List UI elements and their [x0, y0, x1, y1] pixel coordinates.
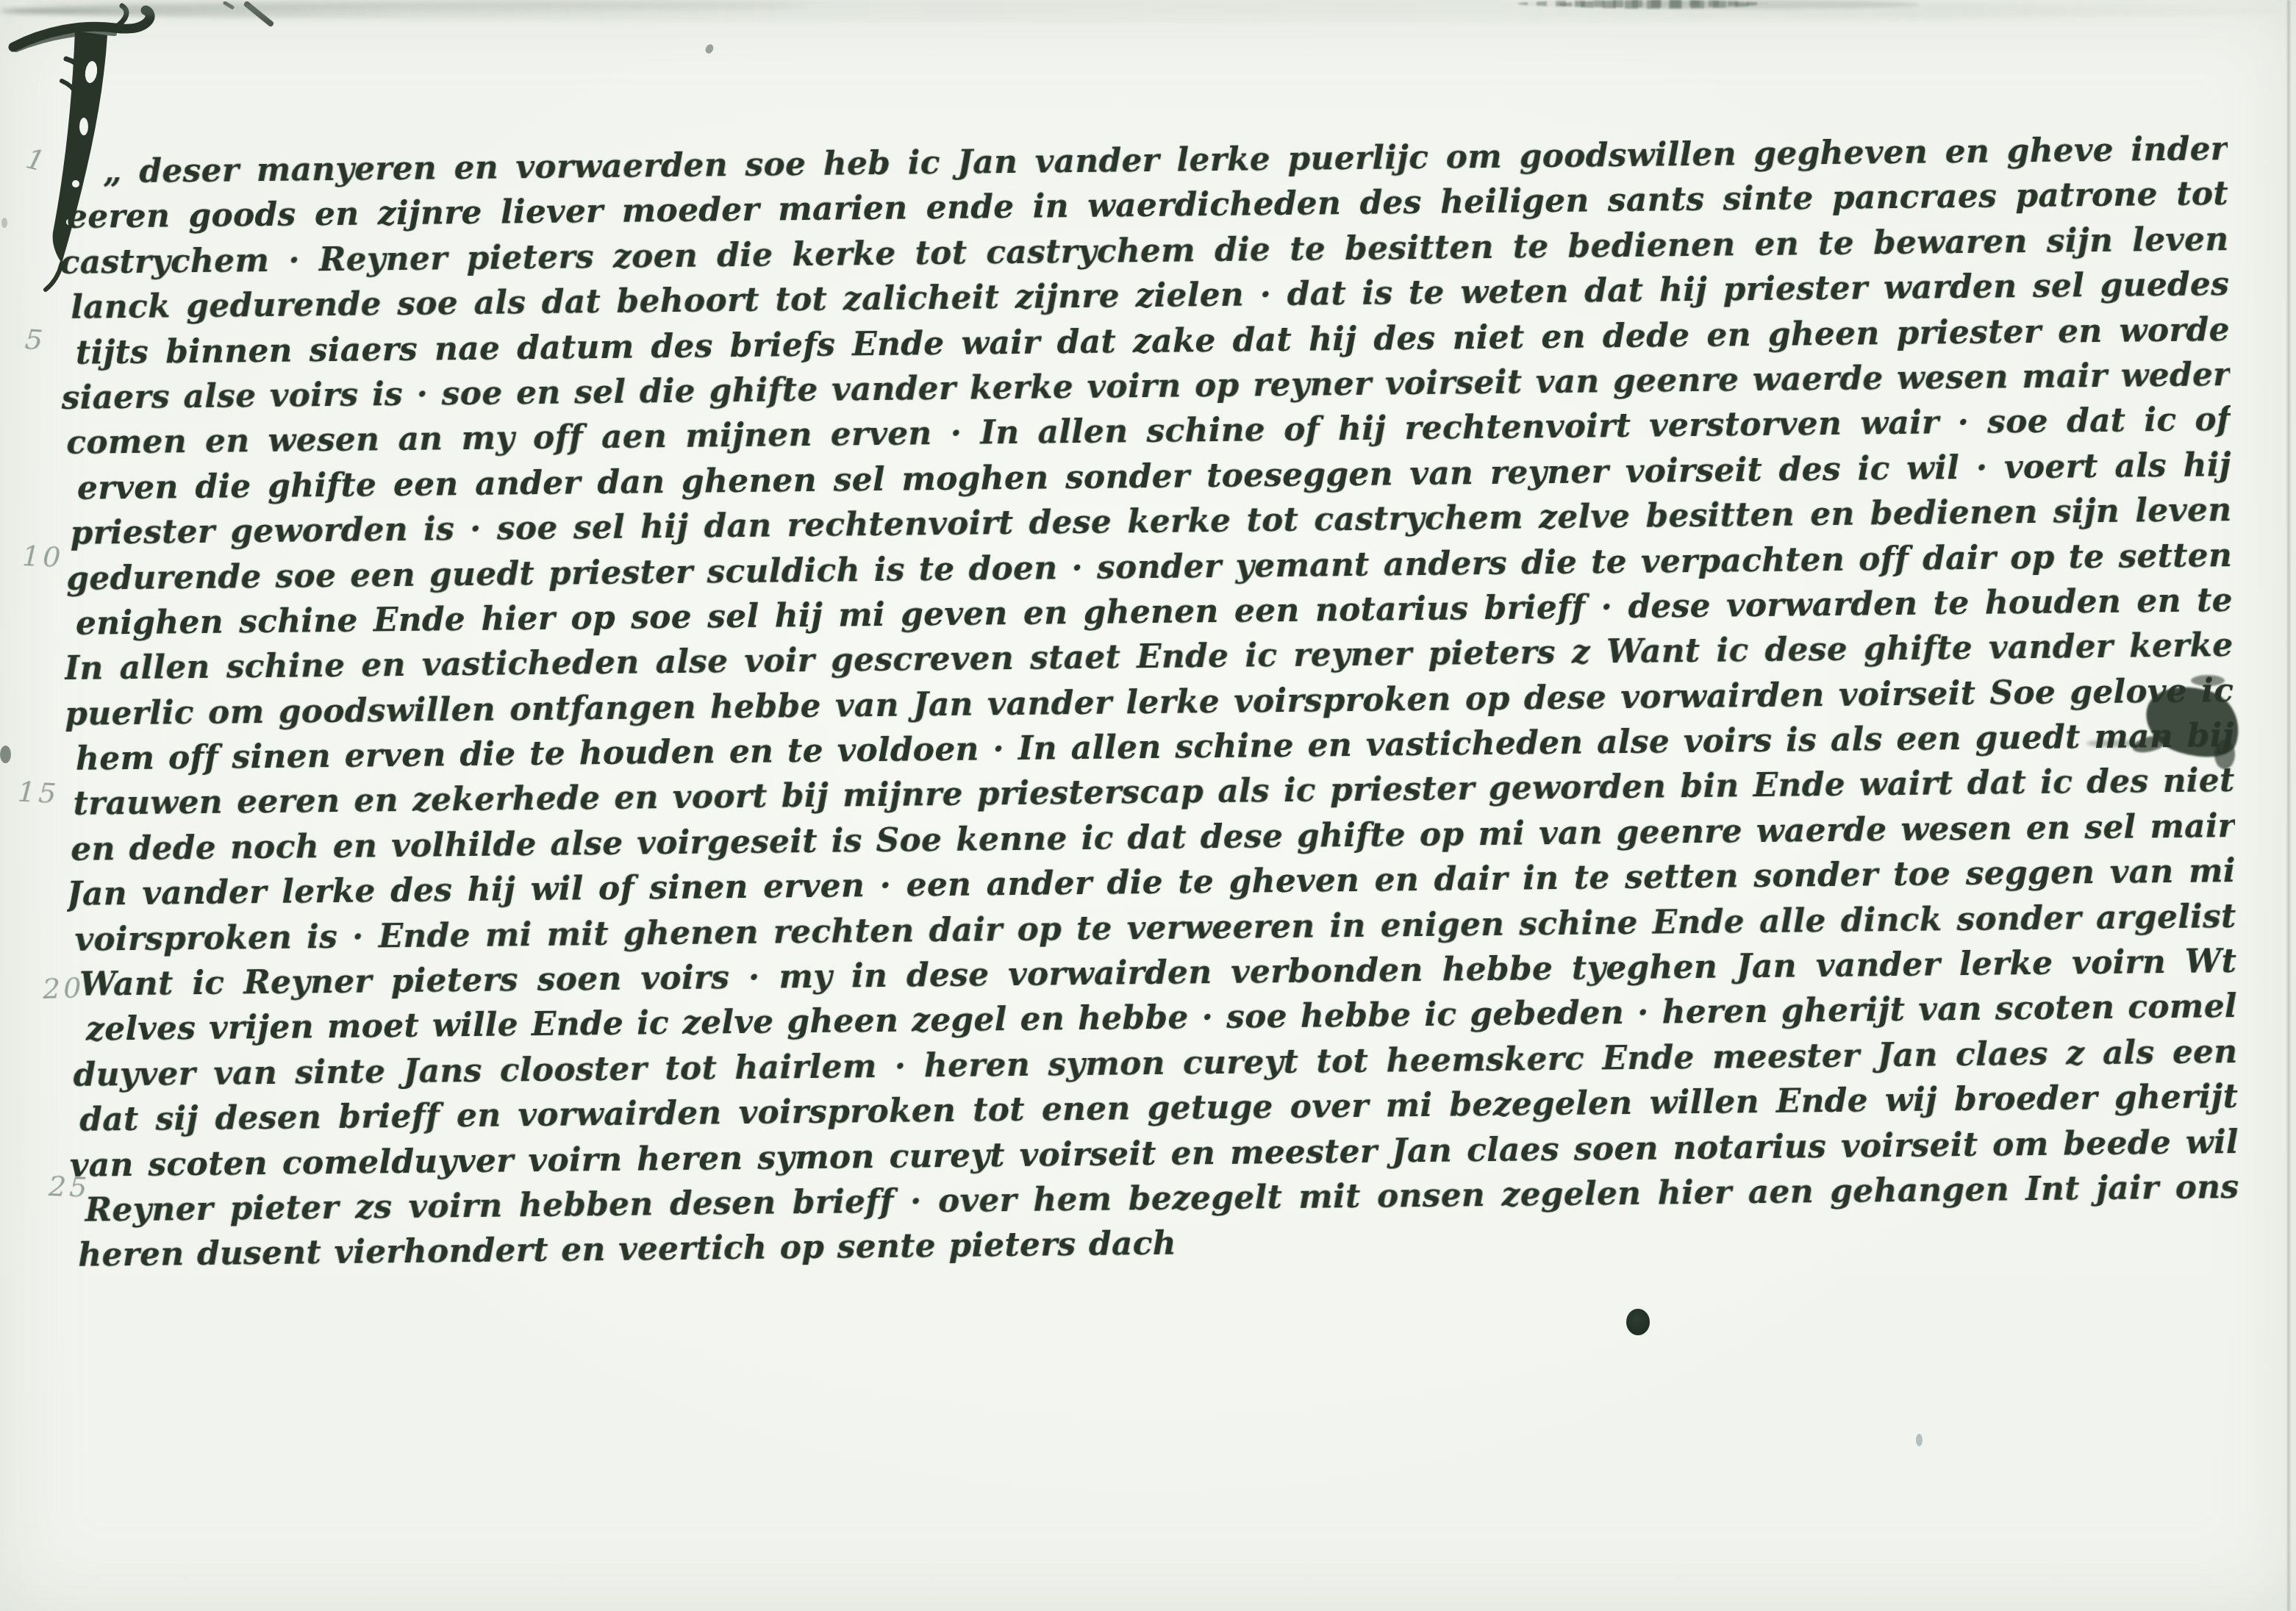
- margin-line-number: 10: [21, 540, 64, 574]
- scan-smudge-streak: [1559, 0, 1757, 9]
- initial-pen-tick-long: [247, 4, 271, 24]
- paper-speck: [1, 218, 7, 228]
- scan-edge-line: [2287, 0, 2290, 1611]
- paper-speck: [1916, 1434, 1923, 1446]
- ink-dot: [1626, 1309, 1650, 1335]
- initial-descender-tail: [46, 263, 62, 290]
- ink-blot-satellite: [2214, 740, 2235, 769]
- scan-smudge-streak: [1603, 0, 1919, 9]
- initial-pen-tick-short: [225, 3, 232, 7]
- initial-stem-gap: [79, 118, 88, 135]
- margin-line-number: 5: [24, 323, 46, 357]
- paper-speck: [0, 746, 11, 763]
- ink-blot-satellite: [2191, 675, 2225, 686]
- scan-smudge-streak: [0, 0, 2286, 22]
- manuscript-text-block: „ deser manyeren en vorwaerden soe heb i…: [59, 126, 2239, 1279]
- scan-smudge-streak: [1517, 0, 1767, 7]
- paper-speck: [704, 43, 715, 54]
- ink-blot-satellite: [2086, 740, 2139, 747]
- margin-line-number: 15: [17, 776, 60, 810]
- manuscript-scan-page: I 1 5 10 15 20 25 „ deser manyeren en vo…: [0, 0, 2296, 1611]
